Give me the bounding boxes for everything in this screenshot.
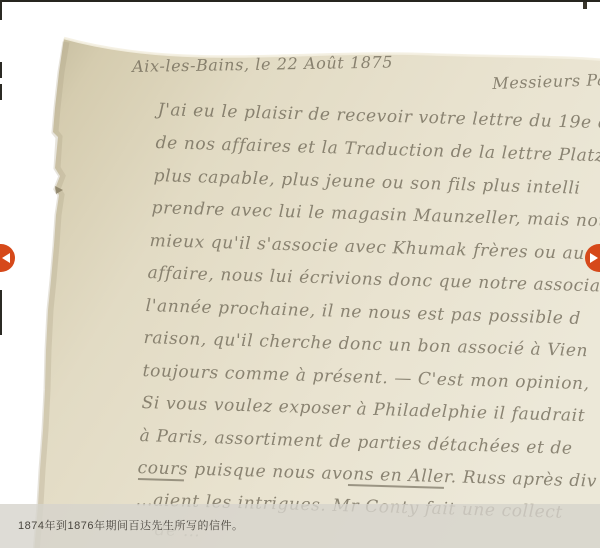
caption-bar: 1874年到1876年期间百达先生所写的信件。 [0, 504, 600, 548]
underline-cours [138, 478, 184, 481]
handwriting-line: de nos affaires et la Traduction de la l… [155, 133, 600, 167]
letter-dateline: Aix-les-Bains, le 22 Août 1875 [132, 52, 393, 76]
handwriting-line: prendre avec lui le magasin Maunzeller, … [151, 198, 600, 232]
handwriting-line: à Paris, assortiment de parties détachée… [139, 426, 572, 459]
arrow-left-icon [2, 253, 10, 263]
handwriting-line: mieux qu'il s'associe avec Khumak frères… [149, 231, 585, 264]
handwriting-line: Si vous voulez exposer à Philadelphie il… [141, 393, 585, 426]
letter-handwriting: Aix-les-Bains, le 22 Août 1875 Messieurs… [0, 0, 600, 548]
arrow-right-icon [590, 253, 598, 263]
handwriting-line: J'ai eu le plaisir de recevoir votre let… [157, 100, 600, 133]
handwriting-line: plus capable, plus jeune ou son fils plu… [153, 166, 580, 199]
caption-text: 1874年到1876年期间百达先生所写的信件。 [18, 517, 243, 533]
handwriting-line: affaire, nous lui écrivions donc que not… [147, 263, 600, 297]
handwriting-line: toujours comme à présent. — C'est mon op… [142, 361, 590, 394]
handwriting-line: raison, qu'il cherche donc un bon associ… [143, 328, 588, 361]
image-carousel-viewer: Aix-les-Bains, le 22 Août 1875 Messieurs… [0, 0, 600, 548]
letter-addressee: Messieurs Pat [492, 70, 600, 93]
handwriting-line: l'année prochaine, il ne nous est pas po… [145, 296, 581, 329]
